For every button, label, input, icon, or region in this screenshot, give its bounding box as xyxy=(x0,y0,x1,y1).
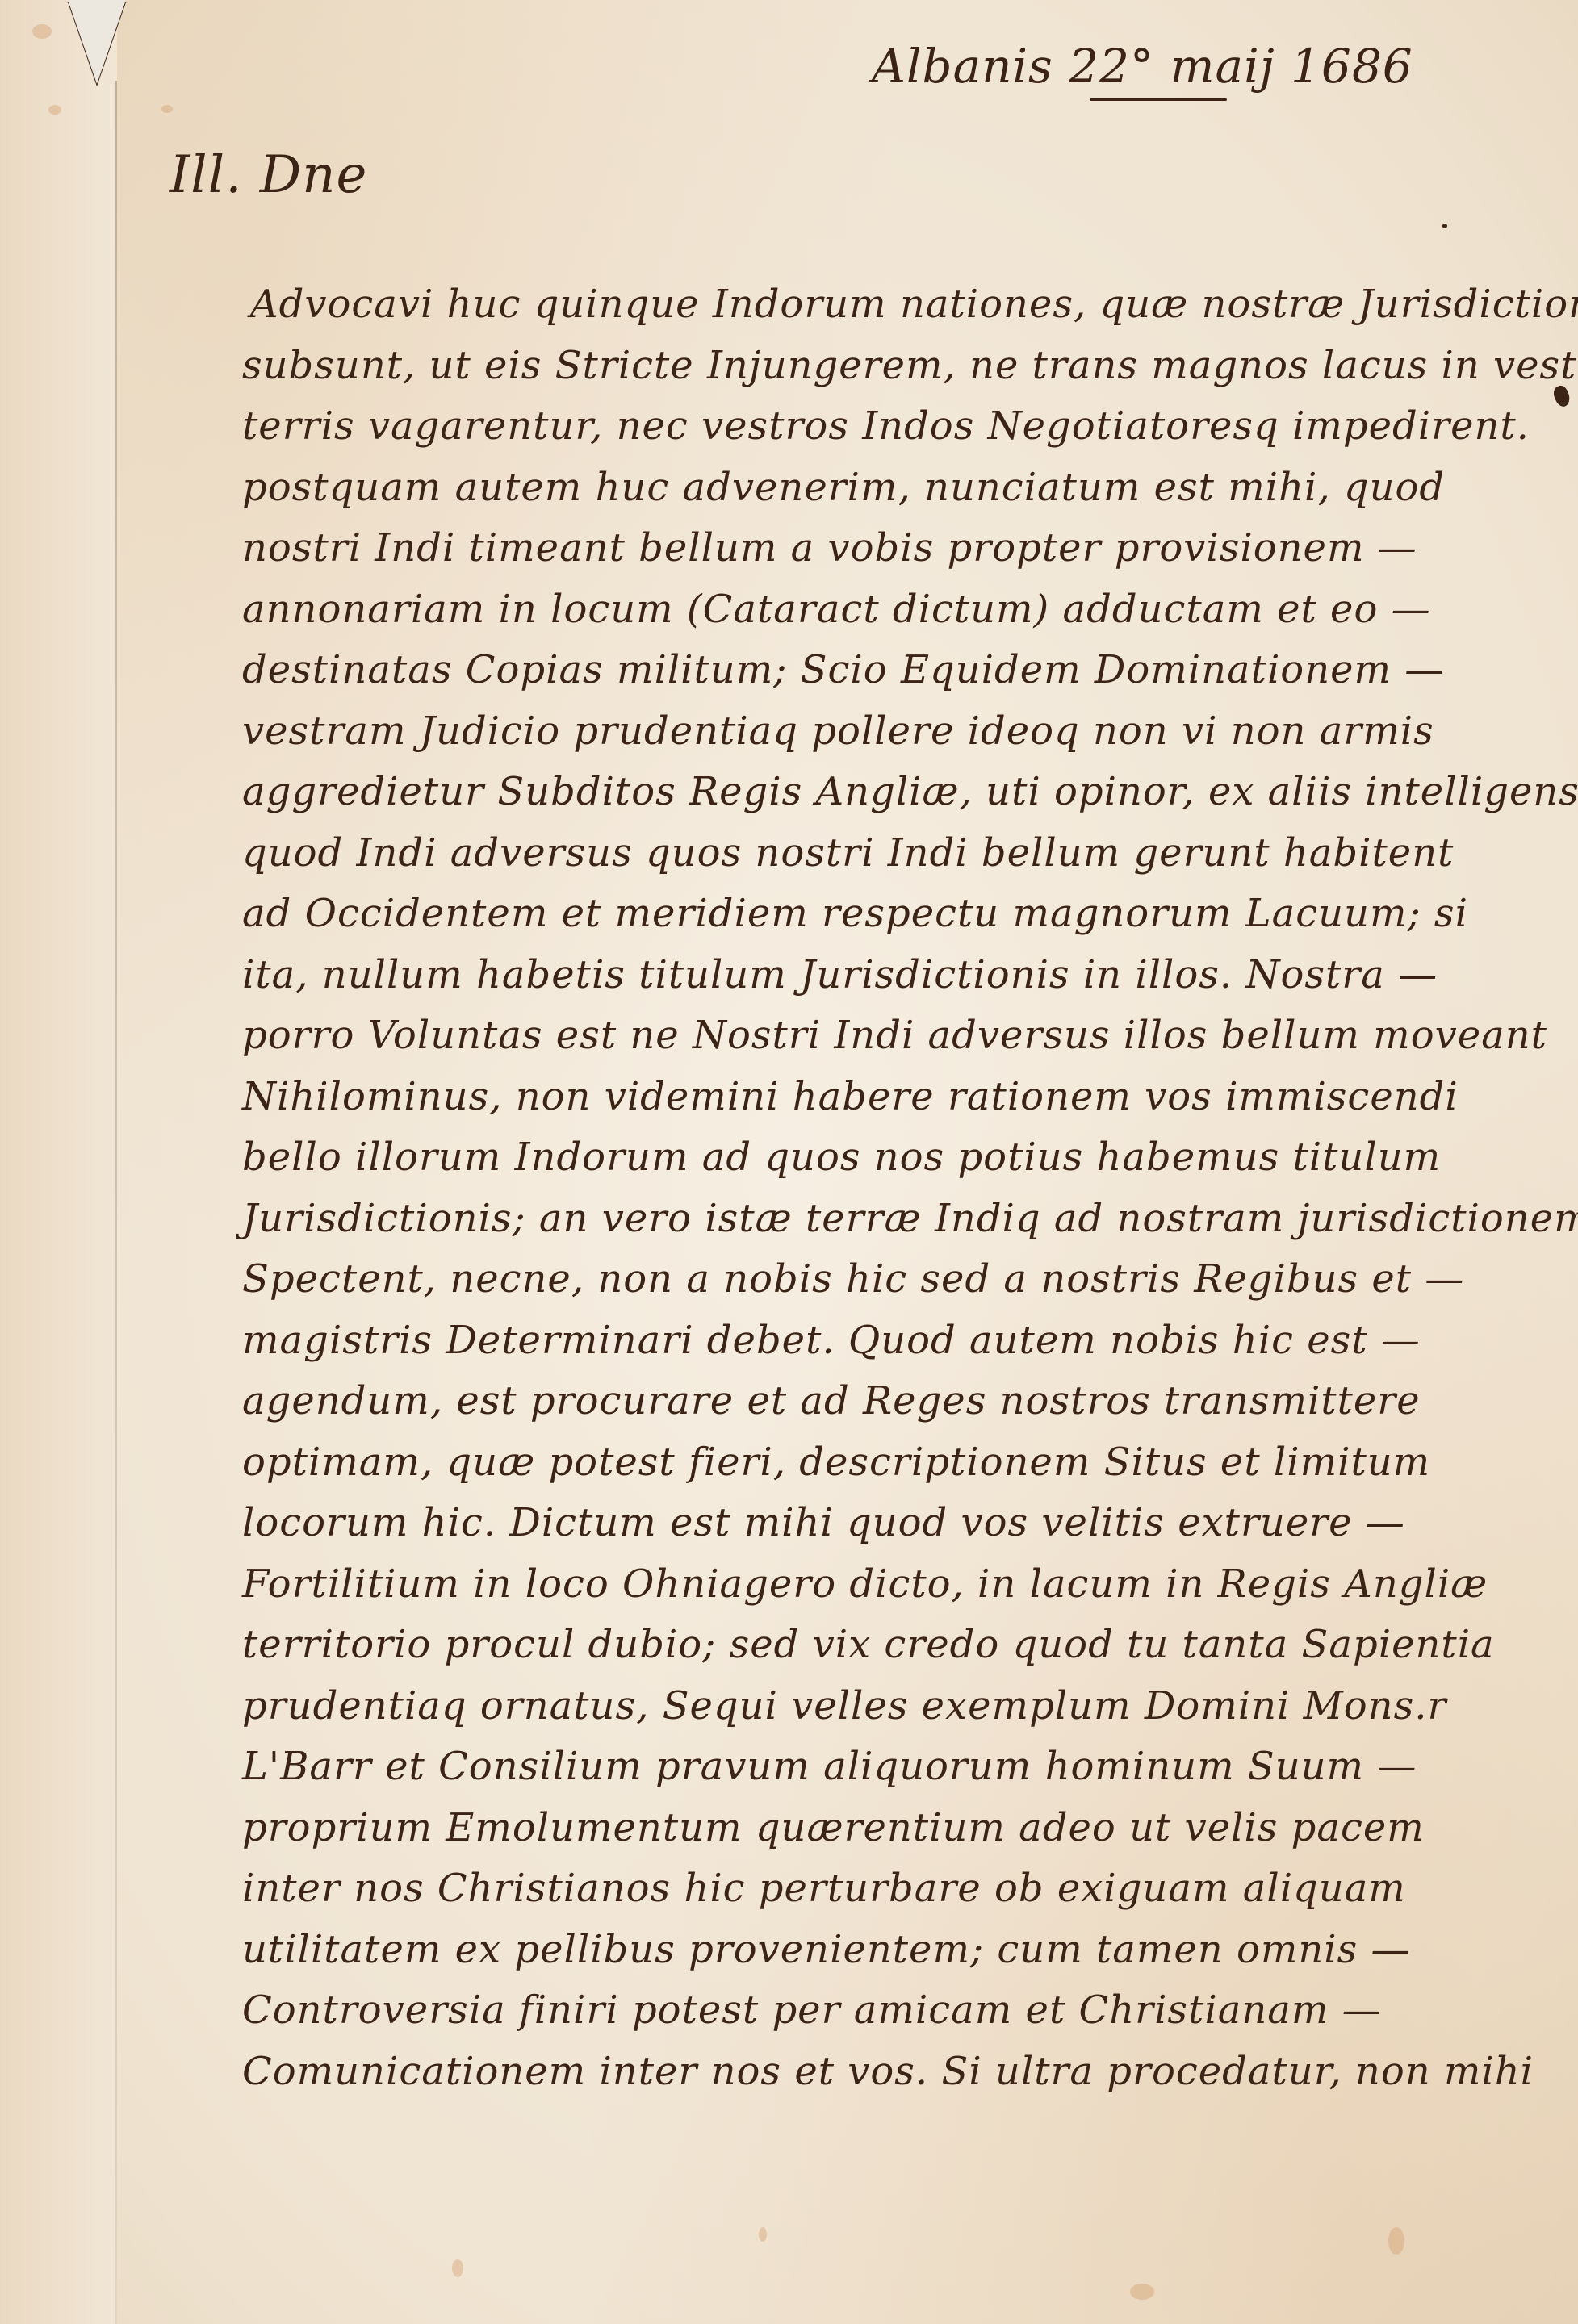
body-line: subsunt, ut eis Stricte Injungerem, ne t… xyxy=(242,336,1578,397)
body-line: aggredietur Subditos Regis Angliæ, uti o… xyxy=(242,762,1578,823)
body-line: ita, nullum habetis titulum Jurisdiction… xyxy=(242,945,1578,1006)
body-line: utilitatem ex pellibus provenientem; cum… xyxy=(242,1920,1578,1981)
body-line: postquam autem huc advenerim, nunciatum … xyxy=(242,458,1578,519)
body-line: annonariam in locum (Cataract dictum) ad… xyxy=(242,579,1578,641)
body-line: proprium Emolumentum quærentium adeo ut … xyxy=(242,1798,1578,1859)
foxing-spot xyxy=(759,2227,767,2242)
body-line: locorum hic. Dictum est mihi quod vos ve… xyxy=(242,1493,1578,1554)
body-line: Fortilitium in loco Ohniagero dicto, in … xyxy=(242,1554,1578,1616)
torn-corner xyxy=(68,0,126,84)
foxing-spot xyxy=(452,2259,463,2277)
body-line: terris vagarentur, nec vestros Indos Neg… xyxy=(242,396,1578,458)
body-line: bello illorum Indorum ad quos nos potius… xyxy=(242,1127,1578,1189)
place-date-header: Albanis 22° maij 1686 xyxy=(872,39,1413,94)
foxing-spot xyxy=(1130,2284,1154,2300)
date-underline xyxy=(1090,98,1227,101)
body-line: L'Barr et Consilium pravum aliquorum hom… xyxy=(242,1737,1578,1798)
body-line: Comunicationem inter nos et vos. Si ultr… xyxy=(242,2042,1578,2103)
body-line: Advocavi huc quinque Indorum nationes, q… xyxy=(250,274,1578,336)
body-line: Controversia finiri potest per amicam et… xyxy=(242,1980,1578,2042)
body-line: Spectent, necne, non a nobis hic sed a n… xyxy=(242,1249,1578,1310)
foxing-spot xyxy=(32,24,52,39)
ink-dot xyxy=(1442,224,1447,228)
body-line: vestram Judicio prudentiaq pollere ideoq… xyxy=(242,701,1578,763)
body-line: destinatas Copias militum; Scio Equidem … xyxy=(242,640,1578,701)
body-line: porro Voluntas est ne Nostri Indi advers… xyxy=(242,1005,1578,1067)
body-line: quod Indi adversus quos nostri Indi bell… xyxy=(242,823,1578,884)
letter-body: Advocavi huc quinque Indorum nationes, q… xyxy=(250,274,1578,2102)
body-line: magistris Determinari debet. Quod autem … xyxy=(242,1310,1578,1372)
body-line: nostri Indi timeant bellum a vobis propt… xyxy=(242,518,1578,579)
body-line: prudentiaq ornatus, Sequi velles exemplu… xyxy=(242,1676,1578,1737)
left-page-margin xyxy=(0,0,117,2324)
body-line: inter nos Christianos hic perturbare ob … xyxy=(242,1858,1578,1920)
body-line: Jurisdictionis; an vero istæ terræ Indiq… xyxy=(242,1189,1578,1250)
body-line: Nihilominus, non videmini habere ratione… xyxy=(242,1067,1578,1128)
foxing-spot xyxy=(48,105,61,115)
body-line: agendum, est procurare et ad Reges nostr… xyxy=(242,1371,1578,1432)
page-fold-line xyxy=(115,81,117,2324)
body-line: territorio procul dubio; sed vix credo q… xyxy=(242,1615,1578,1676)
foxing-spot xyxy=(1388,2227,1404,2255)
body-line: optimam, quæ potest fieri, descriptionem… xyxy=(242,1432,1578,1494)
foxing-spot xyxy=(161,105,173,113)
body-line: ad Occidentem et meridiem respectu magno… xyxy=(242,884,1578,945)
salutation: Ill. Dne xyxy=(170,145,367,205)
